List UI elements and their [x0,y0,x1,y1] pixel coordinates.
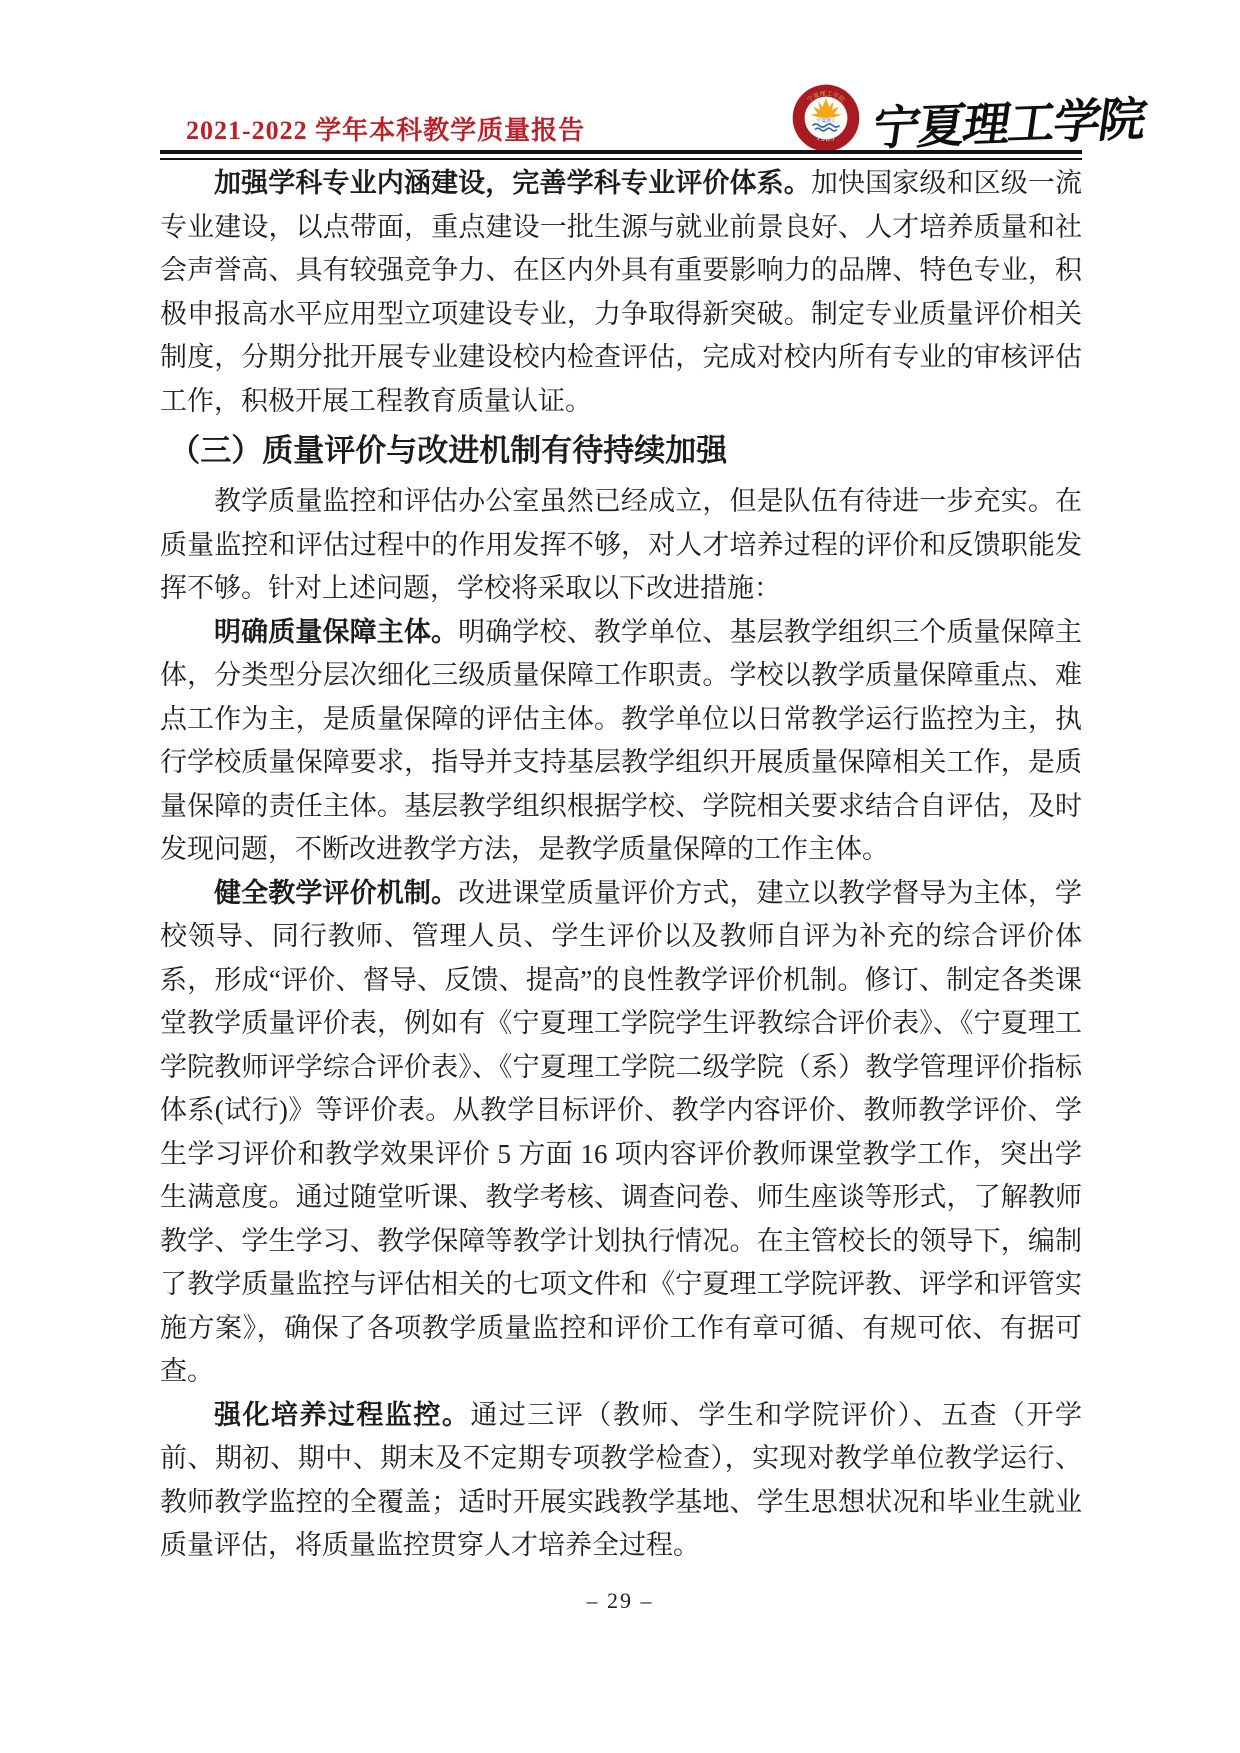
paragraph-3-text: 明确学校、教学单位、基层教学组织三个质量保障主体，分类型分层次细化三级质量保障工… [160,617,1082,865]
school-name-calligraphy: 宁夏理工学院 [869,84,1090,158]
paragraph-2-text: 教学质量监控和评估办公室虽然已经成立，但是队伍有待进一步充实。在质量监控和评估过… [160,486,1082,603]
section-heading: （三）质量评价与改进机制有待持续加强 [160,426,1082,476]
header-divider [160,150,1082,160]
document-page: 2021-2022 学年本科教学质量报告 宁夏理工学院 宁夏理工 1985 宁夏… [0,0,1240,1753]
paragraph-5: 强化培养过程监控。通过三评（教师、学生和学院评价）、五查（开学前、期初、期中、期… [160,1394,1082,1568]
school-seal-icon: 宁夏理工学院 宁夏理工 1985 [792,84,860,152]
document-body: 加强学科专业内涵建设，完善学科专业评价体系。加快国家级和区级一流专业建设，以点带… [160,162,1082,1568]
page-number: – 29 – [0,1588,1240,1614]
paragraph-3-lead: 明确质量保障主体。 [214,617,458,647]
paragraph-4-lead: 健全教学评价机制。 [214,878,458,908]
paragraph-5-lead: 强化培养过程监控。 [214,1400,470,1430]
paragraph-3: 明确质量保障主体。明确学校、教学单位、基层教学组织三个质量保障主体，分类型分层次… [160,611,1082,872]
school-logo: 宁夏理工学院 宁夏理工 1985 [792,84,860,152]
paragraph-2: 教学质量监控和评估办公室虽然已经成立，但是队伍有待进一步充实。在质量监控和评估过… [160,480,1082,611]
paragraph-1-text: 加快国家级和区级一流专业建设，以点带面，重点建设一批生源与就业前景良好、人才培养… [160,168,1082,416]
paragraph-1: 加强学科专业内涵建设，完善学科专业评价体系。加快国家级和区级一流专业建设，以点带… [160,162,1082,423]
report-title: 2021-2022 学年本科教学质量报告 [186,110,585,147]
paragraph-1-lead: 加强学科专业内涵建设，完善学科专业评价体系。 [214,168,811,198]
paragraph-4-text: 改进课堂质量评价方式，建立以教学督导为主体，学校领导、同行教师、管理人员、学生评… [160,878,1082,1387]
paragraph-4: 健全教学评价机制。改进课堂质量评价方式，建立以教学督导为主体，学校领导、同行教师… [160,872,1082,1394]
